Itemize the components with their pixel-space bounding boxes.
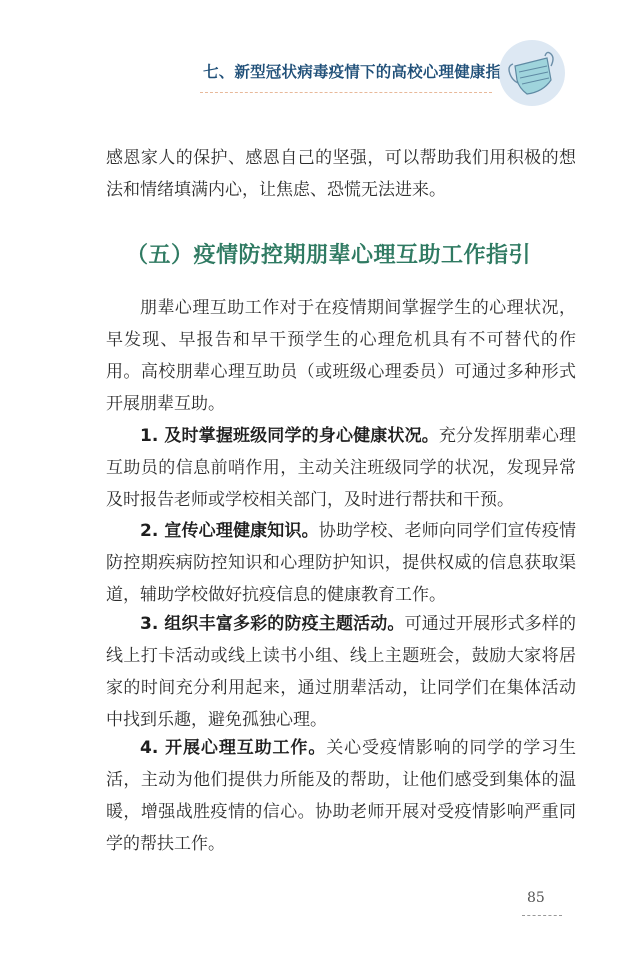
list-item-1: 1. 及时掌握班级同学的身心健康状况。充分发挥朋辈心理互助员的信息前哨作用，主动… xyxy=(106,420,576,516)
header-dashed-divider xyxy=(200,92,492,93)
list-item-3: 3. 组织丰富多彩的防疫主题活动。可通过开展形式多样的线上打卡活动或线上读书小组… xyxy=(106,608,576,736)
list-item-2: 2. 宣传心理健康知识。协助学校、老师向同学们宣传疫情防控期疾病防控知识和心理防… xyxy=(106,515,576,611)
list-item-heading: 4. 开展心理互助工作。 xyxy=(140,738,326,758)
face-mask-icon xyxy=(499,40,565,106)
footer-dashed-divider xyxy=(522,915,562,916)
list-item-heading: 3. 组织丰富多彩的防疫主题活动。 xyxy=(140,614,405,634)
list-item-heading: 2. 宣传心理健康知识。 xyxy=(140,521,319,541)
intro-paragraph: 感恩家人的保护、感恩自己的坚强，可以帮助我们用积极的想法和情绪填满内心，让焦虑、… xyxy=(106,142,576,206)
list-item-heading: 1. 及时掌握班级同学的身心健康状况。 xyxy=(140,426,439,446)
section-heading: （五）疫情防控期朋辈心理互助工作指引 xyxy=(126,238,531,269)
running-title: 七、新型冠状病毒疫情下的高校心理健康指引 xyxy=(203,60,517,82)
list-item-4: 4. 开展心理互助工作。关心受疫情影响的同学的学习生活，主动为他们提供力所能及的… xyxy=(106,732,576,860)
lead-paragraph: 朋辈心理互助工作对于在疫情期间掌握学生的心理状况，早发现、早报告和早干预学生的心… xyxy=(106,292,576,420)
page-number: 85 xyxy=(527,890,545,906)
